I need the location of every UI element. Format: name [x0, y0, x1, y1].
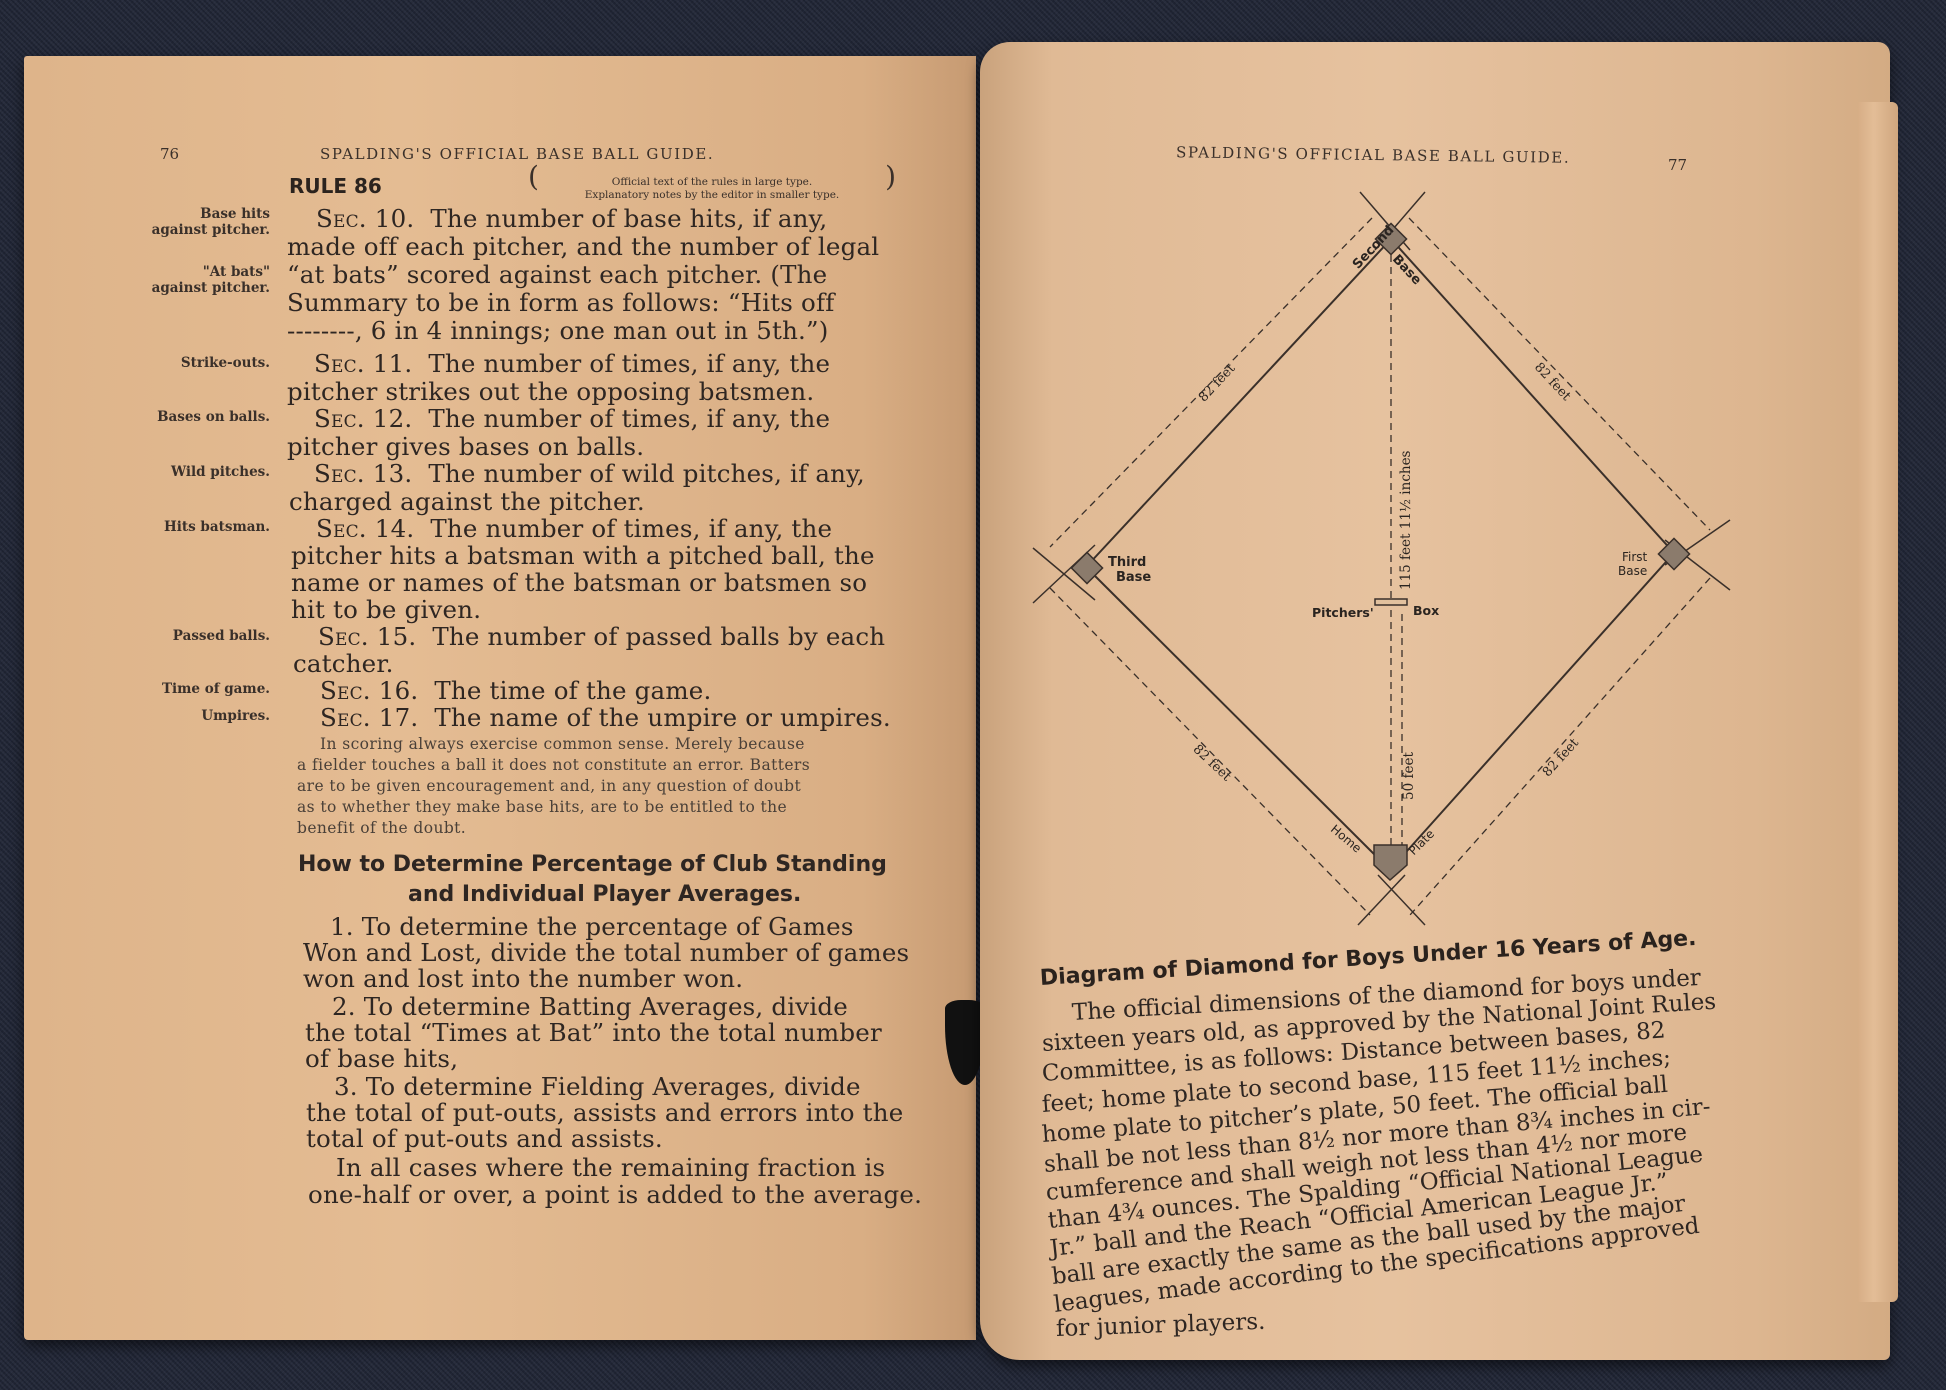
dim-home-second: 115 feet 11½ inches: [1398, 451, 1414, 591]
baseline-third-second: [1086, 239, 1391, 567]
baseline-second-first: [1391, 239, 1674, 553]
label-pitchers: Pitchers': [1312, 605, 1374, 620]
pitchers-box-icon: [1375, 599, 1407, 605]
label-line: Third: [1108, 555, 1151, 570]
home-plate-icon: [1374, 845, 1407, 880]
baseline-first-home: [1390, 553, 1674, 870]
label-first-base: First Base: [1618, 550, 1647, 578]
label-line: Base: [1108, 570, 1151, 585]
label-box: Box: [1413, 603, 1439, 618]
label-third-base: Third Base: [1108, 555, 1151, 585]
label-line: First: [1618, 550, 1647, 564]
dim-home-pitcher: 50 feet: [1401, 752, 1417, 800]
label-line: Base: [1618, 564, 1647, 578]
